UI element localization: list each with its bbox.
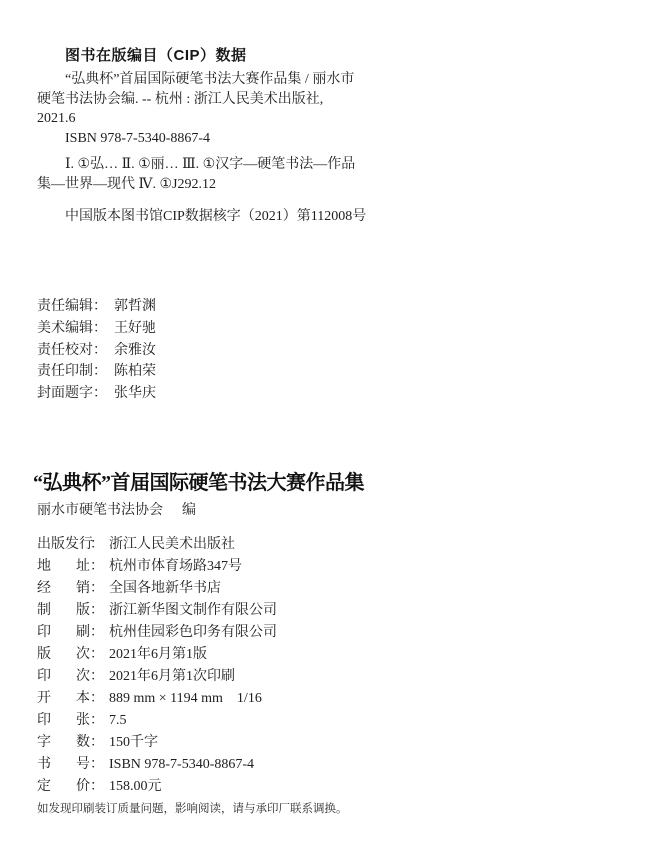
publication-label: 出版发行: [37, 534, 90, 556]
publication-colon: ：: [90, 735, 104, 750]
publication-info: 出版发行：浙江人民美术出版社 地址：杭州市体育场路347号 经销：全国各地新华书…: [37, 534, 277, 798]
publication-value: 浙江人民美术出版社: [109, 537, 235, 552]
editor-name: 丽水市硬笔书法协会: [37, 503, 163, 518]
publication-colon: ：: [90, 647, 104, 662]
publication-colon: ：: [90, 625, 104, 640]
publication-colon: ：: [90, 669, 104, 684]
cip-isbn-line: ISBN 978-7-5340-8867-4: [37, 129, 337, 149]
publication-value: 158.00元: [109, 779, 162, 794]
publication-value: 全国各地新华书店: [109, 581, 221, 596]
copyright-page: 图书在版编目（CIP）数据 “弘典杯”首届国际硬笔书法大赛作品集 / 丽水市 硬…: [0, 0, 650, 860]
publication-value: 杭州市体育场路347号: [109, 559, 242, 574]
credit-value: 王好驰: [114, 321, 156, 336]
publication-label: 开本: [37, 688, 90, 710]
cip-header: 图书在版编目（CIP）数据: [65, 44, 247, 65]
publication-label: 经销: [37, 578, 90, 600]
publication-label: 书号: [37, 754, 90, 776]
credit-row: 责任校对：余雅汝: [37, 340, 156, 362]
publication-label: 制版: [37, 600, 90, 622]
cip-description-line: 硬笔书法协会编. -- 杭州 : 浙江人民美术出版社,: [37, 90, 337, 110]
credit-label: 责任印制: [37, 364, 93, 379]
cip-description-line: “弘典杯”首届国际硬笔书法大赛作品集 / 丽水市: [37, 70, 337, 90]
book-title: “弘典杯”首届国际硬笔书法大赛作品集: [33, 466, 364, 495]
credit-value: 郭哲渊: [114, 299, 156, 314]
publication-value: 浙江新华图文制作有限公司: [109, 603, 277, 618]
cip-description: “弘典杯”首届国际硬笔书法大赛作品集 / 丽水市 硬笔书法协会编. -- 杭州 …: [37, 70, 337, 148]
credit-row: 美术编辑：王好驰: [37, 318, 156, 340]
publication-label: 印张: [37, 710, 90, 732]
publication-row: 印刷：杭州佳园彩色印务有限公司: [37, 622, 277, 644]
publication-label: 字数: [37, 732, 90, 754]
cip-record-number: 中国版本图书馆CIP数据核字（2021）第112008号: [37, 205, 366, 225]
publication-row: 出版发行：浙江人民美术出版社: [37, 534, 277, 556]
credit-value: 张华庆: [114, 386, 156, 401]
editor-suffix: 编: [182, 503, 196, 518]
publication-colon: ：: [90, 779, 104, 794]
publication-row: 书号：ISBN 978-7-5340-8867-4: [37, 754, 277, 776]
credit-row: 封面题字：张华庆: [37, 383, 156, 405]
quality-notice: 如发现印刷装订质量问题，影响阅读，请与承印厂联系调换。: [37, 800, 348, 816]
publication-row: 制版：浙江新华图文制作有限公司: [37, 600, 277, 622]
credit-row: 责任编辑：郭哲渊: [37, 296, 156, 318]
publication-row: 开本：889 mm × 1194 mm 1/16: [37, 688, 277, 710]
publication-row: 经销：全国各地新华书店: [37, 578, 277, 600]
publication-row: 版次：2021年6月第1版: [37, 644, 277, 666]
publication-value: 150千字: [109, 735, 158, 750]
publication-colon: ：: [90, 581, 104, 596]
publication-colon: ：: [90, 559, 104, 574]
credit-label: 责任校对: [37, 343, 93, 358]
publication-row: 地址：杭州市体育场路347号: [37, 556, 277, 578]
publication-label: 印刷: [37, 622, 90, 644]
credit-value: 陈柏荣: [114, 364, 156, 379]
publication-label: 地址: [37, 556, 90, 578]
publication-value: 7.5: [109, 713, 127, 728]
publication-label: 印次: [37, 666, 90, 688]
publication-colon: ：: [90, 691, 104, 706]
publication-value: 杭州佳园彩色印务有限公司: [109, 625, 277, 640]
publication-value: 2021年6月第1版: [109, 647, 207, 662]
cip-classification-line: Ⅰ. ①弘… Ⅱ. ①丽… Ⅲ. ①汉字—硬笔书法—作品: [37, 155, 337, 175]
credit-colon: ：: [93, 321, 107, 336]
publication-row: 定价：158.00元: [37, 776, 277, 798]
publication-label: 版次: [37, 644, 90, 666]
editorial-credits: 责任编辑：郭哲渊 美术编辑：王好驰 责任校对：余雅汝 责任印制：陈柏荣 封面题字…: [37, 296, 156, 405]
publication-row: 印张：7.5: [37, 710, 277, 732]
publication-label: 定价: [37, 776, 90, 798]
credit-colon: ：: [93, 299, 107, 314]
credit-row: 责任印制：陈柏荣: [37, 361, 156, 383]
cip-classification-line: 集—世界—现代 Ⅳ. ①J292.12: [37, 175, 337, 195]
credit-colon: ：: [93, 343, 107, 358]
publication-colon: ：: [90, 757, 104, 772]
cip-classification: Ⅰ. ①弘… Ⅱ. ①丽… Ⅲ. ①汉字—硬笔书法—作品 集—世界—现代 Ⅳ. …: [37, 155, 337, 194]
credit-colon: ：: [93, 364, 107, 379]
publication-value: ISBN 978-7-5340-8867-4: [109, 757, 254, 772]
editor-line: 丽水市硬笔书法协会编: [37, 499, 196, 519]
credit-colon: ：: [93, 386, 107, 401]
cip-description-line: 2021.6: [37, 109, 337, 129]
publication-value: 2021年6月第1次印刷: [109, 669, 235, 684]
publication-row: 字数：150千字: [37, 732, 277, 754]
publication-row: 印次：2021年6月第1次印刷: [37, 666, 277, 688]
credit-label: 责任编辑: [37, 299, 93, 314]
publication-colon: ：: [90, 713, 104, 728]
credit-value: 余雅汝: [114, 343, 156, 358]
credit-label: 封面题字: [37, 386, 93, 401]
publication-colon: ：: [90, 603, 104, 618]
publication-colon: ：: [90, 537, 104, 552]
publication-value: 889 mm × 1194 mm 1/16: [109, 691, 262, 706]
credit-label: 美术编辑: [37, 321, 93, 336]
